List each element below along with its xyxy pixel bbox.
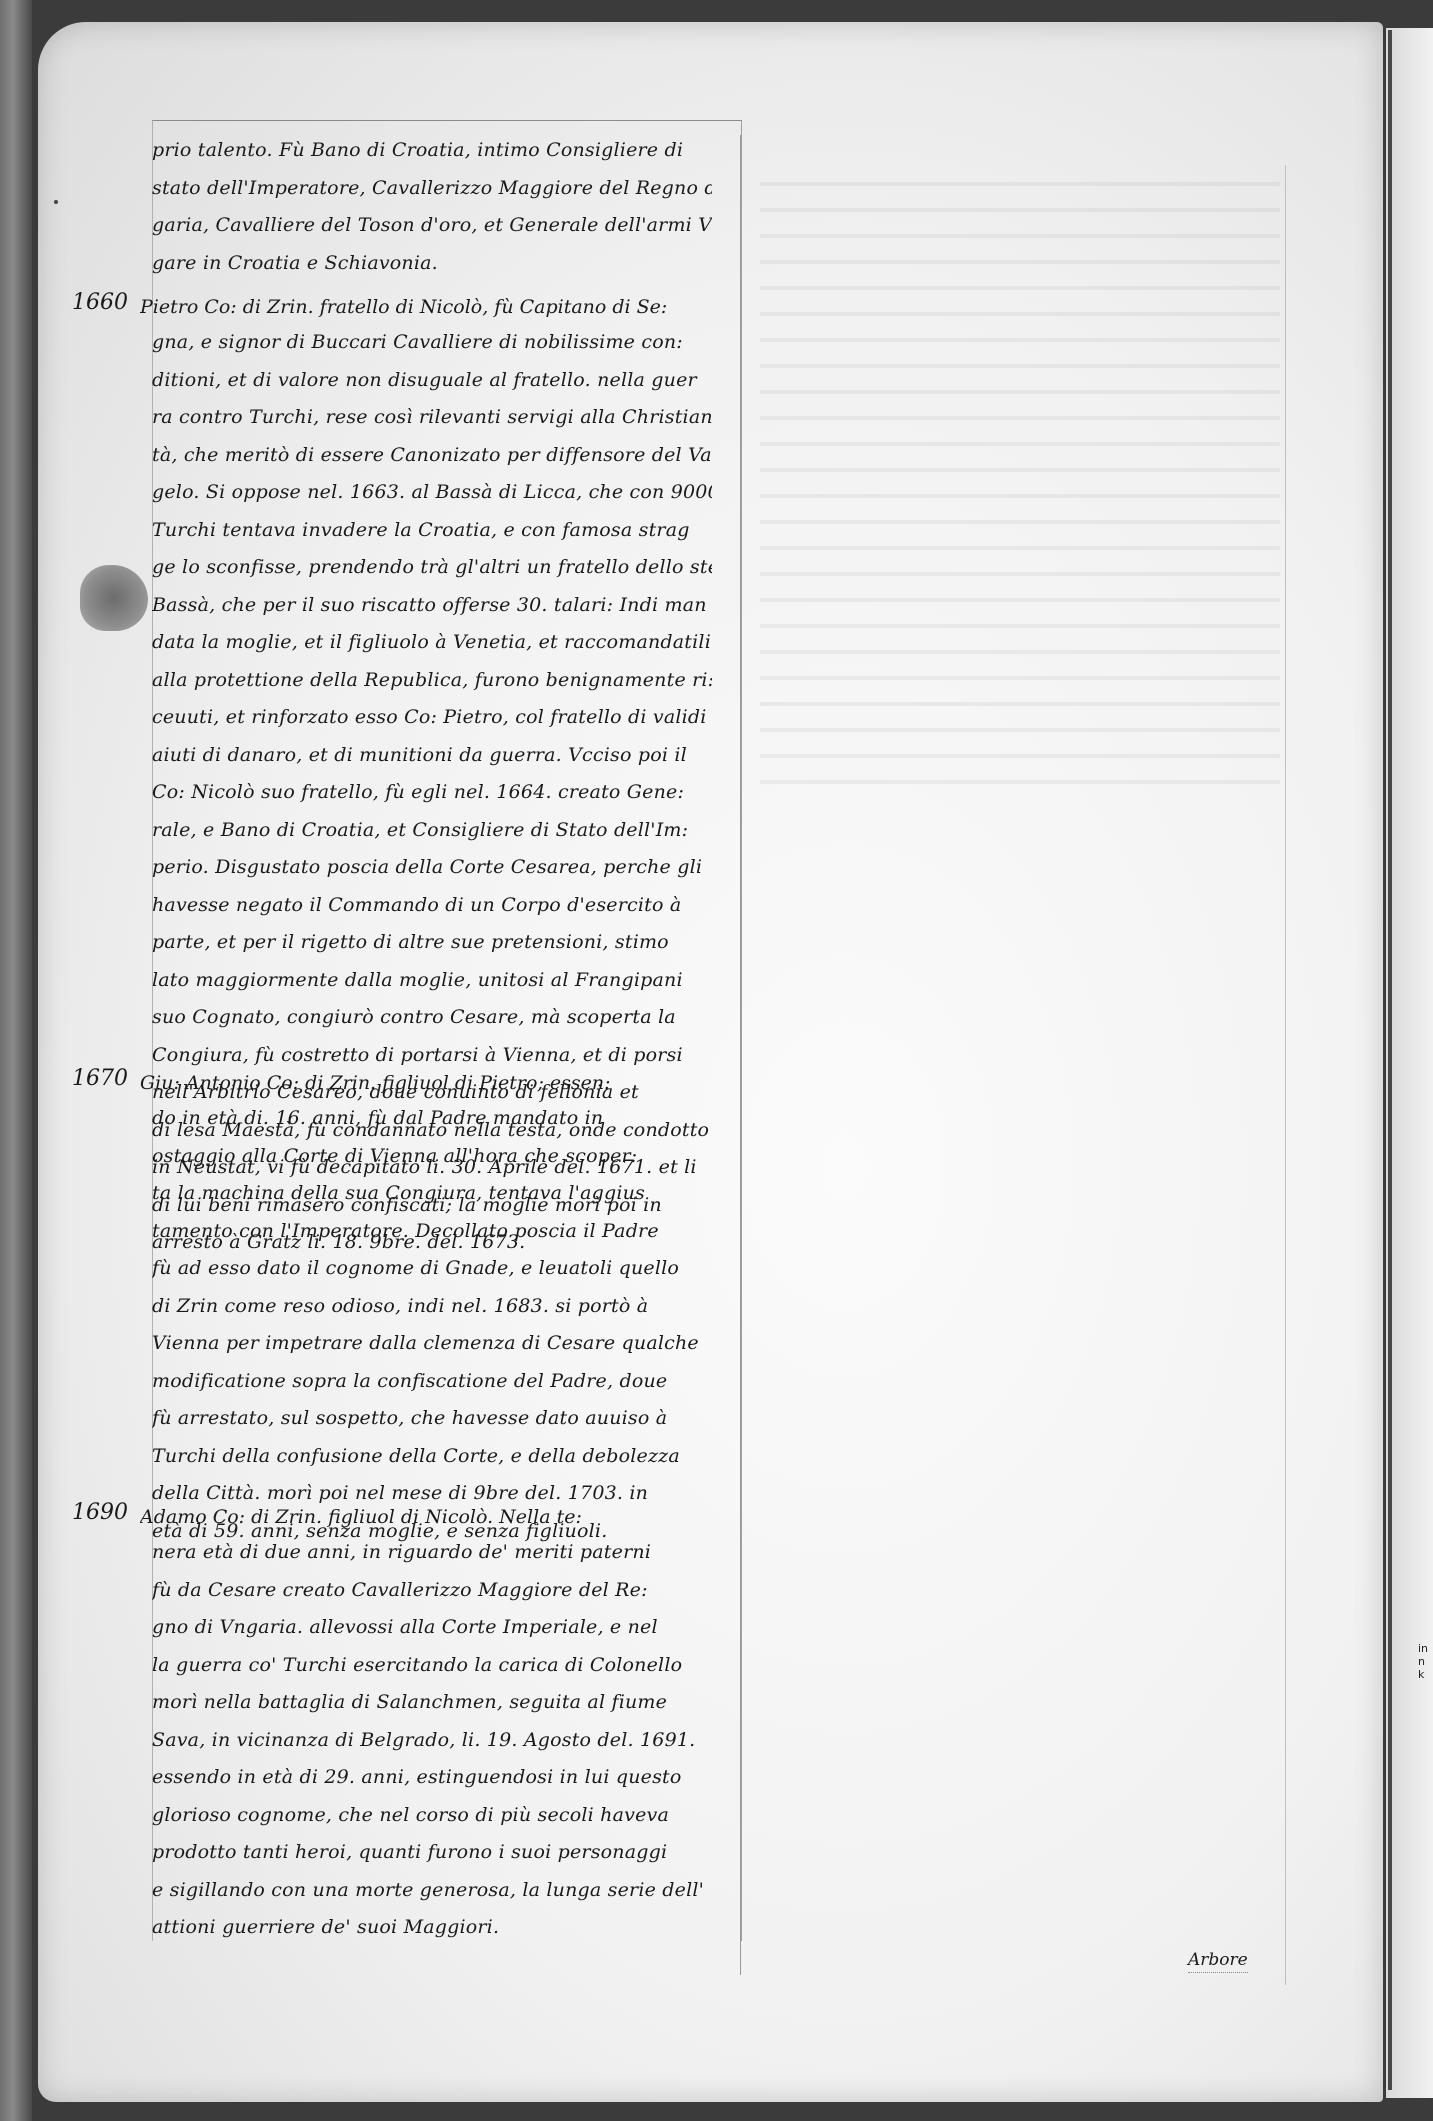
text-line: Turchi della confusione della Corte, e d… <box>152 1438 712 1476</box>
text-line: lato maggiormente dalla moglie, unitosi … <box>152 962 712 1000</box>
text-line: tà, che meritò di essere Canonizato per … <box>152 437 712 475</box>
entry-heading: Adamo Co: di Zrin. figliuol di Nicolò. N… <box>140 1506 730 1528</box>
text-line: essendo in età di 29. anni, estinguendos… <box>152 1759 712 1797</box>
book-binding-left <box>0 0 32 2121</box>
text-line: fù da Cesare creato Cavallerizzo Maggior… <box>152 1572 712 1610</box>
text-line: suo Cognato, congiurò contro Cesare, mà … <box>152 999 712 1037</box>
text-line: ge lo sconfisse, prendendo trà gl'altri … <box>152 549 712 587</box>
text-line: stato dell'Imperatore, Cavallerizzo Magg… <box>152 170 712 208</box>
text-line: data la moglie, et il figliuolo à Veneti… <box>152 624 712 662</box>
text-line: perio. Disgustato poscia della Corte Ces… <box>152 849 712 887</box>
facing-page-text-fragment: in n k <box>1418 1642 1428 1681</box>
catchword: Arbore <box>1188 1950 1248 1973</box>
text-line: tamento con l'Imperatore. Decollato posc… <box>152 1213 712 1251</box>
text-line: attioni guerriere de' suoi Maggiori. <box>152 1909 712 1947</box>
text-line: Congiura, fù costretto di portarsi à Vie… <box>152 1037 712 1075</box>
text-line: ta la machina della sua Congiura, tentav… <box>152 1175 712 1213</box>
entry-year-1690: 1690 <box>72 1500 128 1525</box>
outer-margin-rule <box>1285 165 1286 1985</box>
facing-page-edge <box>1386 28 1433 2098</box>
text-line: modificatione sopra la confiscatione del… <box>152 1363 712 1401</box>
text-line: prodotto tanti heroi, quanti furono i su… <box>152 1834 712 1872</box>
text-line: fù arrestato, sul sospetto, che havesse … <box>152 1400 712 1438</box>
text-line: Bassà, che per il suo riscatto offerse 3… <box>152 587 712 625</box>
text-line: gno di Vngaria. allevossi alla Corte Imp… <box>152 1609 712 1647</box>
text-line: e sigillando con una morte generosa, la … <box>152 1872 712 1910</box>
entry-heading: Pietro Co: di Zrin. fratello di Nicolò, … <box>140 296 730 318</box>
text-line: gare in Croatia e Schiavonia. <box>152 245 712 283</box>
continuation-paragraph: prio talento. Fù Bano di Croatia, intimo… <box>152 132 712 282</box>
text-fragment: n <box>1418 1655 1428 1668</box>
ink-stain <box>80 565 148 631</box>
text-line: parte, et per il rigetto di altre sue pr… <box>152 924 712 962</box>
entry-body-1670: do in età di. 16. anni, fù dal Padre man… <box>152 1100 712 1550</box>
text-line: Sava, in vicinanza di Belgrado, li. 19. … <box>152 1722 712 1760</box>
text-line: fù ad esso dato il cognome di Gnade, e l… <box>152 1250 712 1288</box>
entry-heading: Giu: Antonio Co: di Zrin. figliuol di Pi… <box>140 1072 730 1094</box>
text-line: ceuuti, et rinforzato esso Co: Pietro, c… <box>152 699 712 737</box>
text-line: Vienna per impetrare dalla clemenza di C… <box>152 1325 712 1363</box>
text-line: Co: Nicolò suo fratello, fù egli nel. 16… <box>152 774 712 812</box>
text-line: havesse negato il Commando di un Corpo d… <box>152 887 712 925</box>
text-line: garia, Cavalliere del Toson d'oro, et Ge… <box>152 207 712 245</box>
text-line: do in età di. 16. anni, fù dal Padre man… <box>152 1100 712 1138</box>
text-line: prio talento. Fù Bano di Croatia, intimo… <box>152 132 712 170</box>
bleed-through-text <box>760 160 1280 800</box>
entry-year-1660: 1660 <box>72 290 128 315</box>
book-gutter <box>1388 30 1392 2090</box>
text-line: ditioni, et di valore non disuguale al f… <box>152 362 712 400</box>
entry-body-1690: nera età di due anni, in riguardo de' me… <box>152 1534 712 1947</box>
text-line: alla protettione della Republica, furono… <box>152 662 712 700</box>
text-fragment: in <box>1418 1642 1428 1655</box>
text-line: Turchi tentava invadere la Croatia, e co… <box>152 512 712 550</box>
text-line: gna, e signor di Buccari Cavalliere di n… <box>152 324 712 362</box>
entry-year-1670: 1670 <box>72 1066 128 1091</box>
text-line: ostaggio alla Corte di Vienna all'hora c… <box>152 1138 712 1176</box>
text-line: nera età di due anni, in riguardo de' me… <box>152 1534 712 1572</box>
text-fragment: k <box>1418 1668 1428 1681</box>
text-line: gelo. Si oppose nel. 1663. al Bassà di L… <box>152 474 712 512</box>
text-line: la guerra co' Turchi esercitando la cari… <box>152 1647 712 1685</box>
text-line: aiuti di danaro, et di munitioni da guer… <box>152 737 712 775</box>
text-line: di Zrin come reso odioso, indi nel. 1683… <box>152 1288 712 1326</box>
column-rule <box>740 135 741 1975</box>
text-line: ra contro Turchi, rese così rilevanti se… <box>152 399 712 437</box>
text-line: glorioso cognome, che nel corso di più s… <box>152 1797 712 1835</box>
text-line: rale, e Bano di Croatia, et Consigliere … <box>152 812 712 850</box>
margin-mark <box>54 200 58 204</box>
text-line: morì nella battaglia di Salanchmen, segu… <box>152 1684 712 1722</box>
